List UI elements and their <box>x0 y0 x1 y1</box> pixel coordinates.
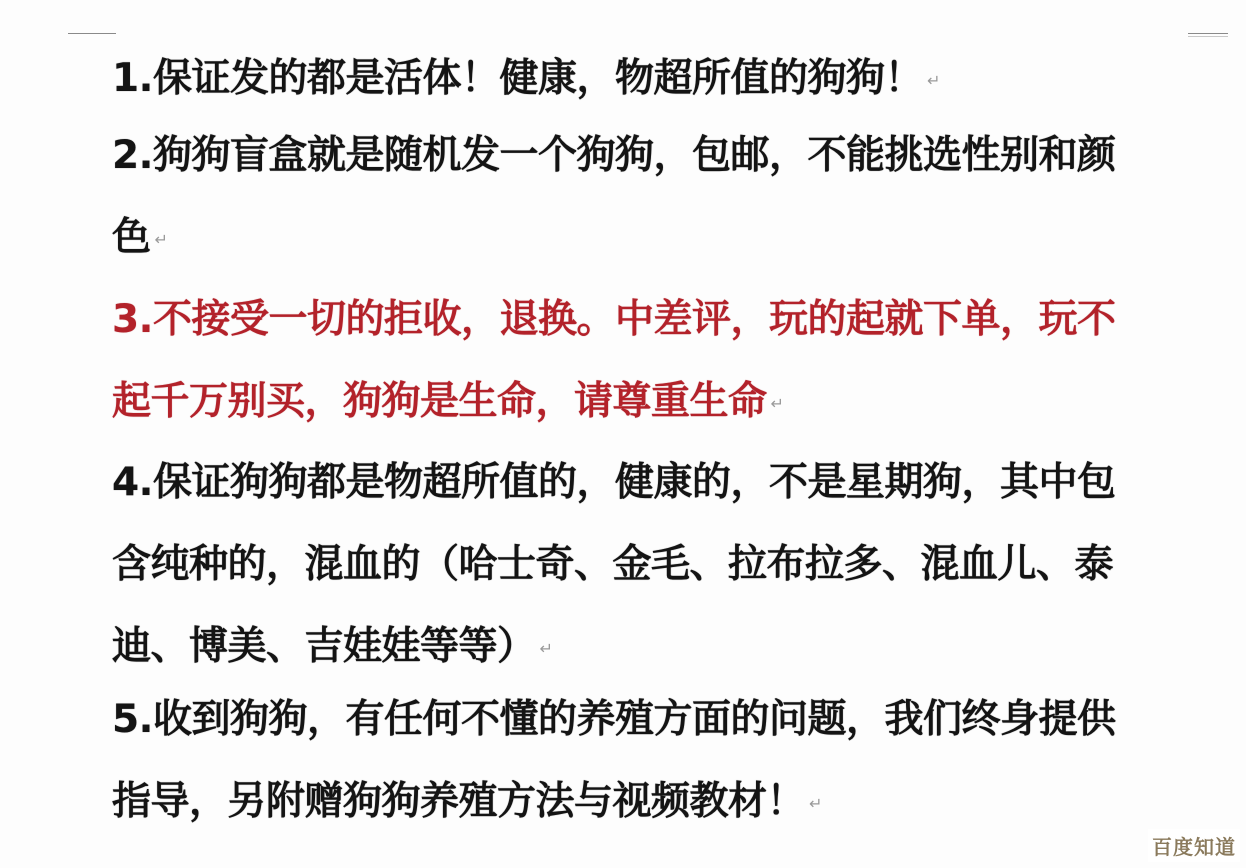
margin-corner-mark-right-shadow <box>1188 36 1228 37</box>
baidu-zhidao-watermark: 百度知道 <box>1148 829 1240 862</box>
paragraph-line: 3.不接受一切的拒收，退换。中差评，玩的起就下单，玩不 <box>112 279 1202 361</box>
paragraph-text: 指导，另附赠狗狗养殖方法与视频教材！ <box>112 779 805 824</box>
paragraph-line: 5.收到狗狗，有任何不懂的养殖方面的问题，我们终身提供 <box>112 679 1202 761</box>
margin-corner-mark-left <box>68 33 116 34</box>
paragraph-line: 2.狗狗盲盒就是随机发一个狗狗，包邮，不能挑选性别和颜 <box>112 115 1202 197</box>
paragraph-mark-icon: ↵ <box>771 394 784 413</box>
paragraph-line: 1.保证发的都是活体！健康，物超所值的狗狗！↵ <box>112 38 1202 122</box>
document-page: 1.保证发的都是活体！健康，物超所值的狗狗！↵ 2.狗狗盲盒就是随机发一个狗狗，… <box>0 0 1246 868</box>
paragraph-mark-icon: ↵ <box>540 639 553 658</box>
paragraph-1: 1.保证发的都是活体！健康，物超所值的狗狗！↵ <box>112 38 1202 122</box>
paragraph-mark-icon: ↵ <box>155 230 168 249</box>
paragraph-text: 1.保证发的都是活体！健康，物超所值的狗狗！ <box>112 56 923 101</box>
paragraph-mark-icon: ↵ <box>809 794 822 813</box>
paragraph-3-warning: 3.不接受一切的拒收，退换。中差评，玩的起就下单，玩不 起千万别买，狗狗是生命，… <box>112 279 1202 445</box>
paragraph-2: 2.狗狗盲盒就是随机发一个狗狗，包邮，不能挑选性别和颜 色↵ <box>112 115 1202 281</box>
paragraph-line: 起千万别买，狗狗是生命，请尊重生命↵ <box>112 361 1202 445</box>
paragraph-5: 5.收到狗狗，有任何不懂的养殖方面的问题，我们终身提供 指导，另附赠狗狗养殖方法… <box>112 679 1202 845</box>
margin-corner-mark-right <box>1188 33 1228 34</box>
paragraph-line: 色↵ <box>112 197 1202 281</box>
paragraph-line: 4.保证狗狗都是物超所值的，健康的，不是星期狗，其中包 <box>112 442 1202 524</box>
paragraph-text: 迪、博美、吉娃娃等等） <box>112 624 536 669</box>
paragraph-4: 4.保证狗狗都是物超所值的，健康的，不是星期狗，其中包 含纯种的，混血的（哈士奇… <box>112 442 1202 690</box>
paragraph-line: 指导，另附赠狗狗养殖方法与视频教材！↵ <box>112 761 1202 845</box>
paragraph-line: 迪、博美、吉娃娃等等）↵ <box>112 606 1202 690</box>
paragraph-text: 起千万别买，狗狗是生命，请尊重生命 <box>112 379 767 424</box>
paragraph-mark-icon: ↵ <box>927 71 940 90</box>
paragraph-line: 含纯种的，混血的（哈士奇、金毛、拉布拉多、混血儿、泰 <box>112 524 1202 606</box>
paragraph-text: 色 <box>112 215 151 260</box>
